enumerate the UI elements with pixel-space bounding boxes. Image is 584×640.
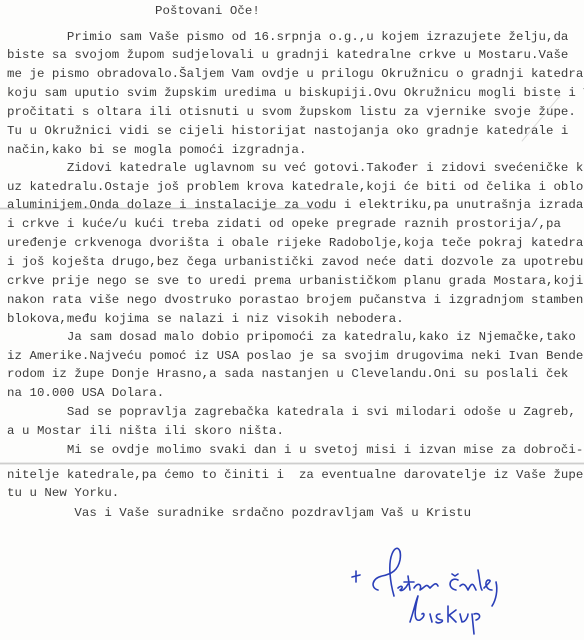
- letter-line: nakon rata više nego dvostruko porastao …: [7, 293, 584, 307]
- letter-line: tu u New Yorku.: [7, 486, 119, 500]
- letter-line: Mi se ovdje molimo svaki dan i u svetoj …: [7, 443, 583, 457]
- letter-line: i crkve i kuće/u kući treba zidati od op…: [7, 217, 561, 231]
- salutation: Poštovani Oče!: [155, 4, 260, 18]
- fold-crease-top: [0, 207, 330, 210]
- letter-line: način,kako bi se mogla pomoći izgradnja.: [7, 143, 306, 157]
- letter-line: Sad se popravlja zagrebačka katedrala i …: [7, 405, 576, 419]
- letter-line: uz katedralu.Ostaje još problem krova ka…: [7, 180, 584, 194]
- letter-line: Tu u Okružnici vidi se cijeli historijat…: [7, 124, 568, 138]
- letter-line: blokova,među kojima se nalazi i niz viso…: [7, 312, 404, 326]
- fold-crease-bottom: [0, 462, 584, 465]
- letter-line: Primio sam Vaše pismo od 16.srpnja o.g.,…: [7, 30, 568, 44]
- signature: + Petar Čule,: [340, 530, 584, 640]
- letter-line: Ja sam dosad malo dobio pripomoći za kat…: [7, 330, 584, 344]
- letter-line: na 10.000 USA Dolara.: [7, 386, 164, 400]
- letter-line: nitelje katedrale,pa ćemo to činiti i za…: [7, 468, 583, 482]
- letter-line: koju sam uputio svim župskim uredima u b…: [7, 86, 584, 100]
- letter-line: i još koješta drugo,bez čega urbanističk…: [7, 255, 583, 269]
- letter-line: uređenje crkvenoga dvorišta i obale rije…: [7, 236, 584, 250]
- letter-page: Poštovani Oče! Primio sam Vaše pismo od …: [0, 0, 584, 640]
- letter-line: a u Mostar ili ništa ili skoro ništa.: [7, 424, 284, 438]
- letter-line: Zidovi katedrale uglavnom su već gotovi.…: [7, 161, 584, 175]
- letter-line: Vas i Vaše suradnike srdačno pozdravljam…: [7, 506, 471, 520]
- letter-line: me je pismo obradovalo.Šaljem Vam ovdje …: [7, 67, 584, 81]
- letter-line: crkve prije nego se sve to uredi prema u…: [7, 274, 584, 288]
- letter-line: rodom iz župe Donje Hrasno,a sada nastan…: [7, 367, 568, 381]
- letter-line: pročitati s oltara ili otisnuti u svom ž…: [7, 105, 576, 119]
- letter-line: biste sa svojom župom sudjelovali u grad…: [7, 48, 568, 62]
- letter-line: iz Amerike.Najveću pomoć iz USA poslao j…: [7, 349, 584, 363]
